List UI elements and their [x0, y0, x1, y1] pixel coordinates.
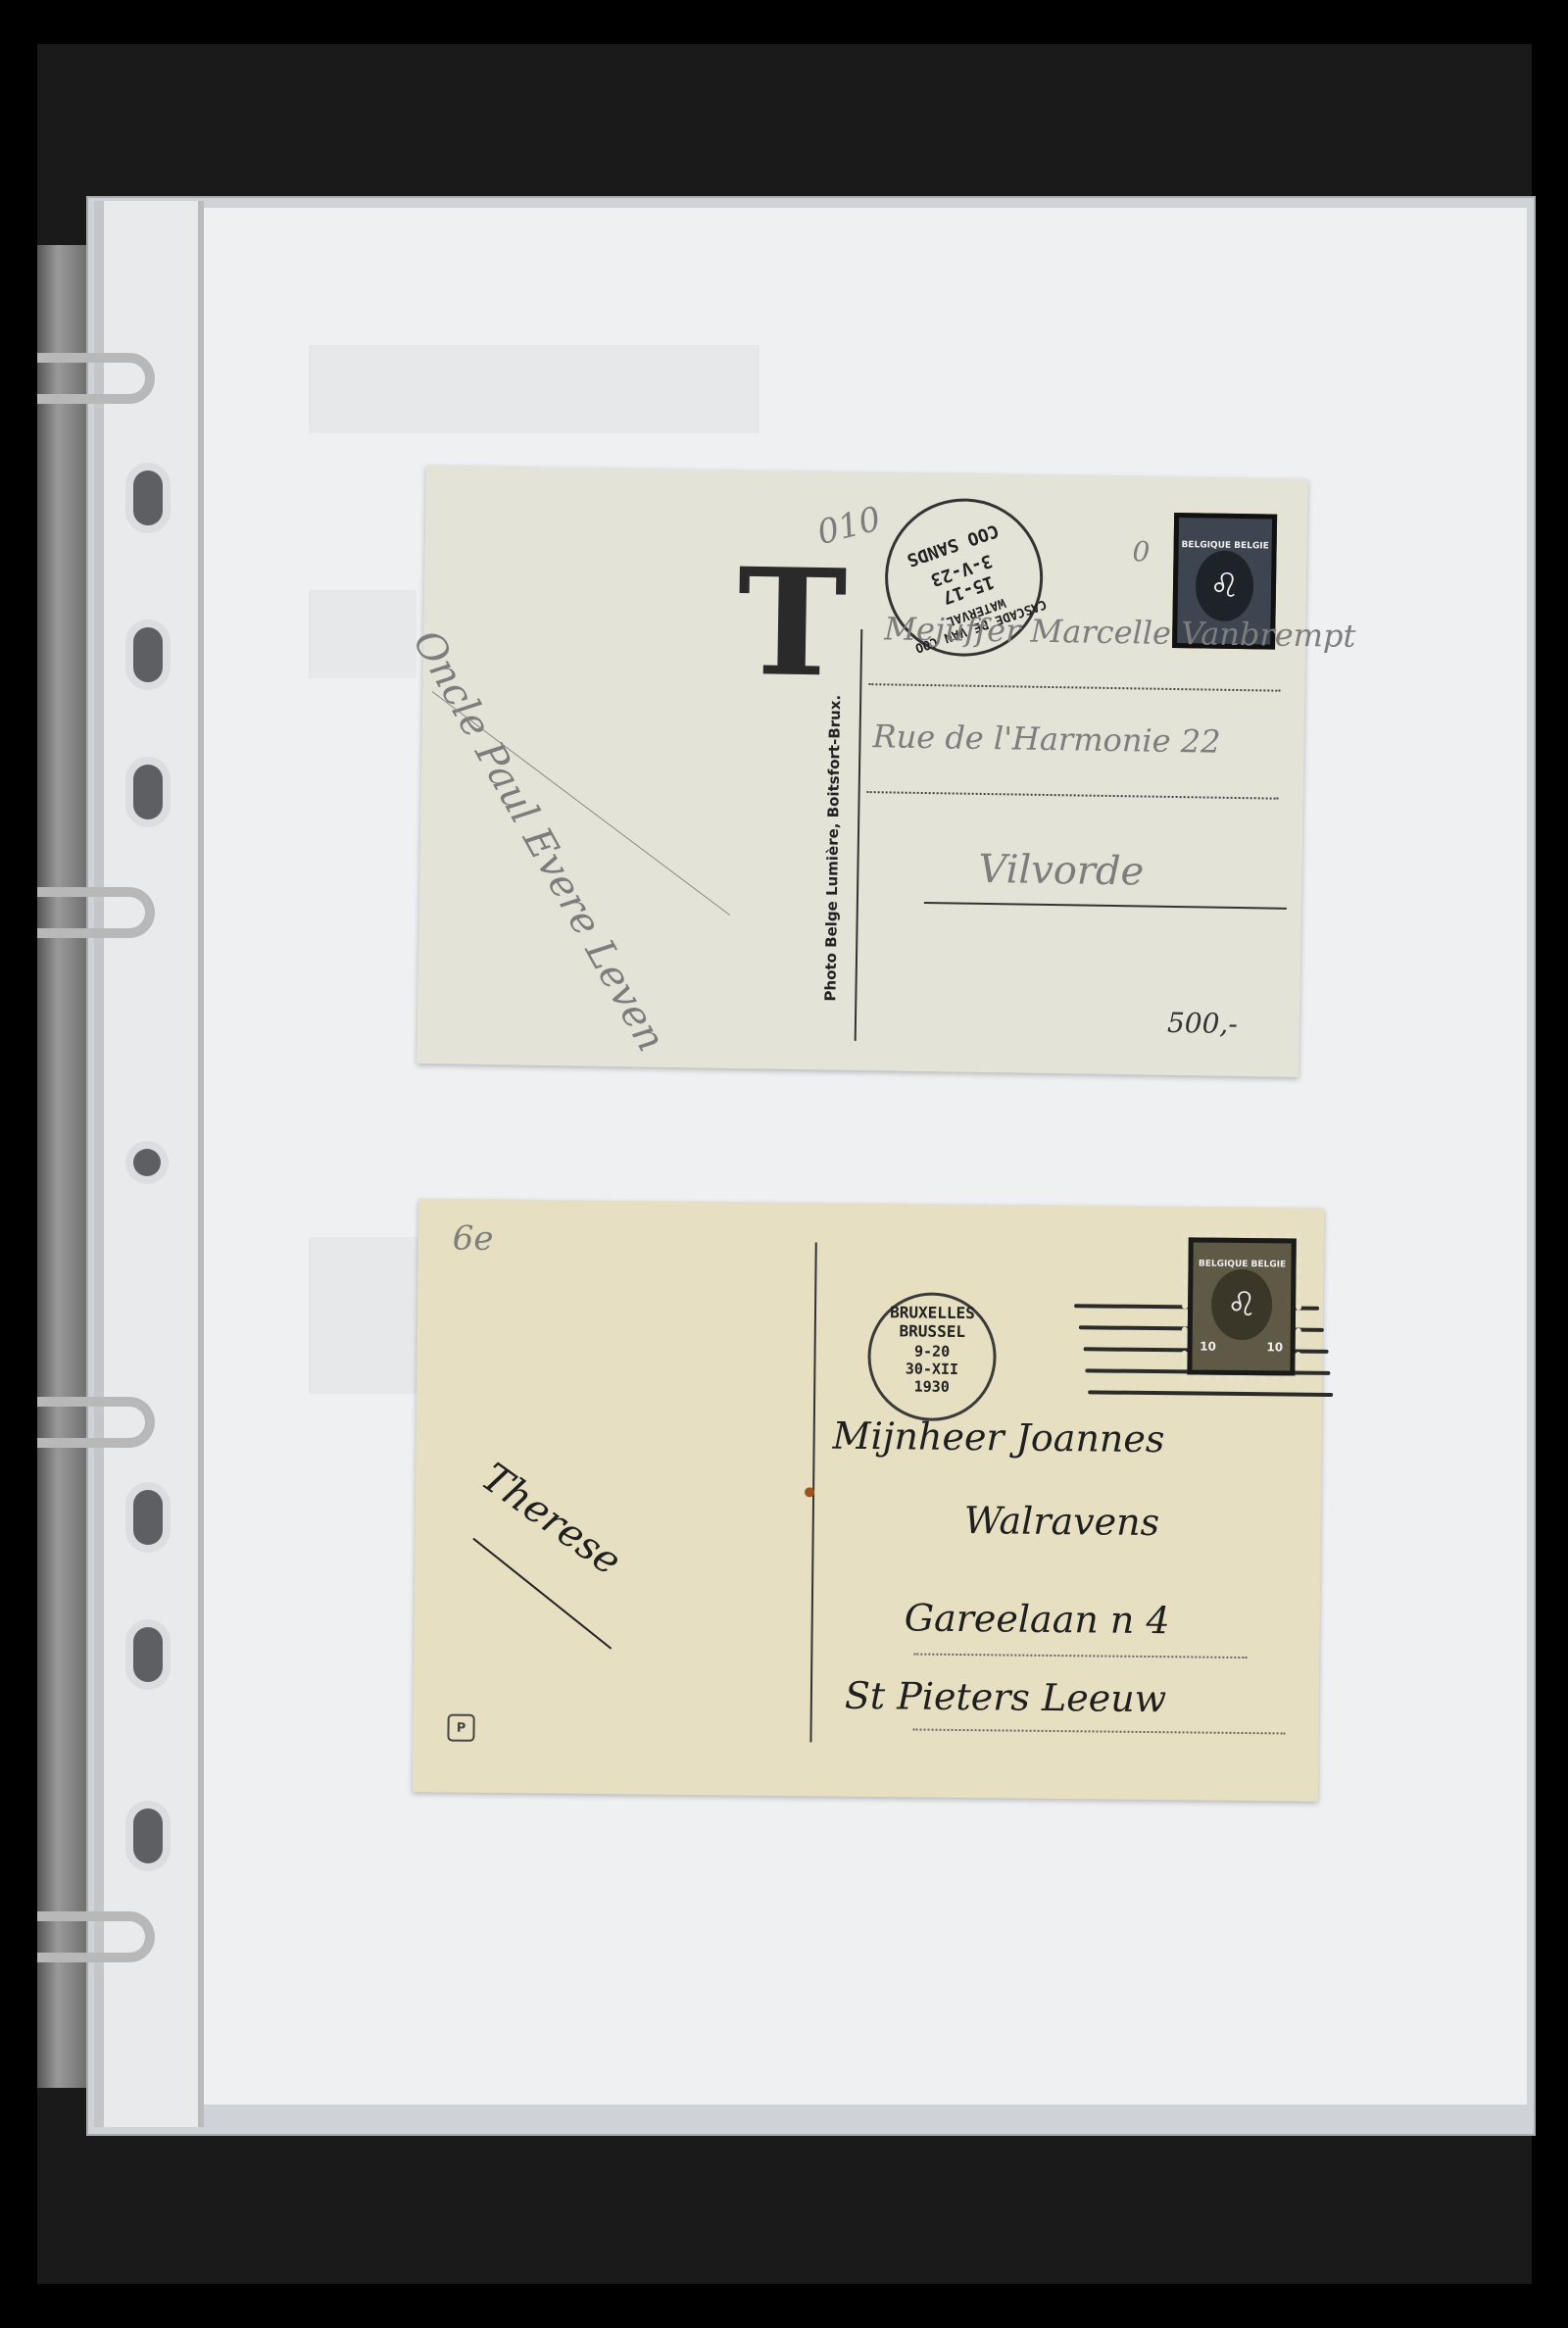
postcard-bottom[interactable]: 6e BRUXELLES BRUSSEL 9-20 30-XII 1930 BE… [413, 1199, 1324, 1802]
address-line: Mijnheer Joannes [832, 1414, 1164, 1461]
circular-postmark-icon: BRUXELLES BRUSSEL 9-20 30-XII 1930 [867, 1292, 997, 1421]
pencil-note: 010 [813, 499, 885, 553]
pencil-note-corner: 0 [1132, 535, 1150, 568]
address-line: Walravens [964, 1499, 1160, 1544]
address-rule [913, 1728, 1286, 1734]
show-through-text [309, 345, 759, 433]
address-line: Vilvorde [978, 847, 1145, 895]
address-line: St Pieters Leeuw [845, 1674, 1167, 1720]
stamp-country: BELGIQUE BELGIE [1199, 1259, 1286, 1269]
card-divider [855, 629, 863, 1041]
postcard-top[interactable]: T 010 0 CASCADE DE/VAN COO WATERVAL 15-1… [416, 466, 1307, 1077]
punch-hole [133, 1808, 163, 1863]
printer-credit: Photo Belge Lumière, Boitsfort-Brux. [821, 695, 844, 1002]
address-line: Rue de l'Harmonie 22 [872, 718, 1221, 761]
binder-ring [37, 353, 155, 404]
punch-hole [133, 1149, 161, 1176]
pencil-note-corner: 6e [453, 1219, 494, 1259]
address-rule [868, 683, 1280, 692]
postmark-office: BRUXELLES BRUSSEL [871, 1303, 994, 1341]
show-through-block [309, 590, 416, 678]
address-rule [924, 902, 1287, 910]
binder-ring [37, 887, 155, 938]
lion-stamp-icon[interactable]: BELGIQUE BELGIE ♌ 10 10 [1181, 1231, 1302, 1381]
address-rule [867, 791, 1279, 800]
postmark-date: 30-XII [870, 1360, 993, 1378]
punch-hole [133, 471, 163, 525]
binder-spine [37, 245, 88, 2088]
pencil-price: 500,- [1167, 1007, 1238, 1040]
punch-hole [133, 765, 163, 819]
signature: Therese [473, 1455, 629, 1584]
rust-spot [805, 1487, 814, 1497]
address-line: Gareelaan n 4 [905, 1596, 1170, 1642]
punch-hole [133, 1490, 163, 1545]
tax-mark: T [736, 549, 848, 698]
binder-ring [37, 1397, 155, 1448]
binder-ring [37, 1911, 155, 1962]
postmark-year: 1930 [870, 1377, 993, 1396]
stamp-value: 10 [1200, 1340, 1216, 1354]
lion-icon: ♌ [1211, 1268, 1273, 1340]
punch-hole [133, 1627, 163, 1682]
machine-cancel-line [1088, 1390, 1333, 1397]
pencil-message: Oncle Paul Evere Leven [404, 622, 673, 1059]
publisher-logo-icon: P [447, 1714, 474, 1742]
punch-hole [133, 627, 163, 682]
stamp-country: BELGIQUE BELGIE [1181, 540, 1269, 551]
postmark-time: 9-20 [871, 1342, 994, 1361]
address-rule [913, 1653, 1247, 1659]
lion-icon: ♌ [1196, 550, 1254, 621]
stamp-value: 10 [1266, 1341, 1283, 1355]
address-line: Mejuffer Marcelle Vanbrempt [884, 610, 1356, 655]
